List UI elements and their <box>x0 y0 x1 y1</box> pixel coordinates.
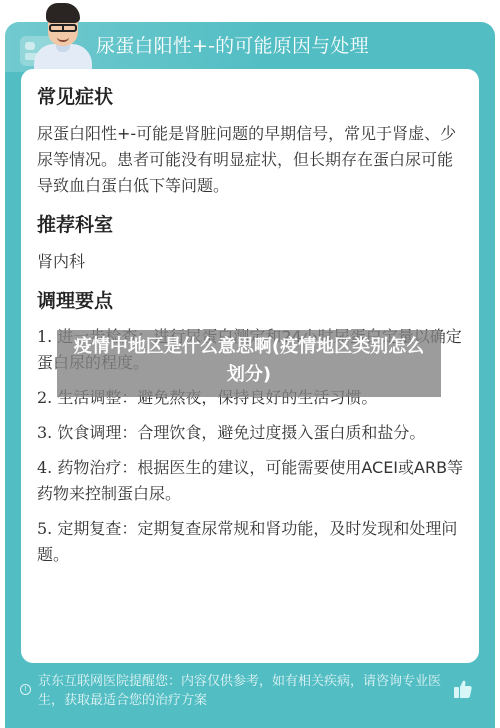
section-body: 肾内科 <box>37 249 467 275</box>
thumbs-up-icon[interactable] <box>453 679 473 699</box>
section-title: 推荐科室 <box>37 211 467 239</box>
caption-text: 疫情中地区是什么意思啊(疫情地区类别怎么划分) <box>57 333 441 389</box>
section-body: 尿蛋白阳性+-可能是肾脏问题的早期信号，常见于肾虚、少尿等情况。患者可能没有明显… <box>37 121 467 199</box>
info-icon: ! <box>20 684 31 695</box>
section-title: 常见症状 <box>37 83 467 111</box>
section-department: 推荐科室 肾内科 <box>37 211 467 275</box>
disclaimer-footer: ! 京东互联网医院提醒您：内容仅供参考，如有相关疾病，请咨询专业医生，获取最适合… <box>20 672 450 710</box>
list-item: 3. 饮食调理：合理饮食，避免过度摄入蛋白质和盐分。 <box>37 420 467 446</box>
list-item: 4. 药物治疗：根据医生的建议，可能需要使用ACEI或ARB等药物来控制蛋白尿。 <box>37 455 467 507</box>
disclaimer-text: 京东互联网医院提醒您：内容仅供参考，如有相关疾病，请咨询专业医生，获取最适合您的… <box>38 674 441 708</box>
doctor-avatar <box>32 0 94 70</box>
list-item: 5. 定期复查：定期复查尿常规和肾功能，及时发现和处理问题。 <box>37 516 467 568</box>
section-symptoms: 常见症状 尿蛋白阳性+-可能是肾脏问题的早期信号，常见于肾虚、少尿等情况。患者可… <box>37 83 467 199</box>
page-title: 尿蛋白阳性+-的可能原因与处理 <box>96 31 369 61</box>
section-title: 调理要点 <box>37 287 467 315</box>
